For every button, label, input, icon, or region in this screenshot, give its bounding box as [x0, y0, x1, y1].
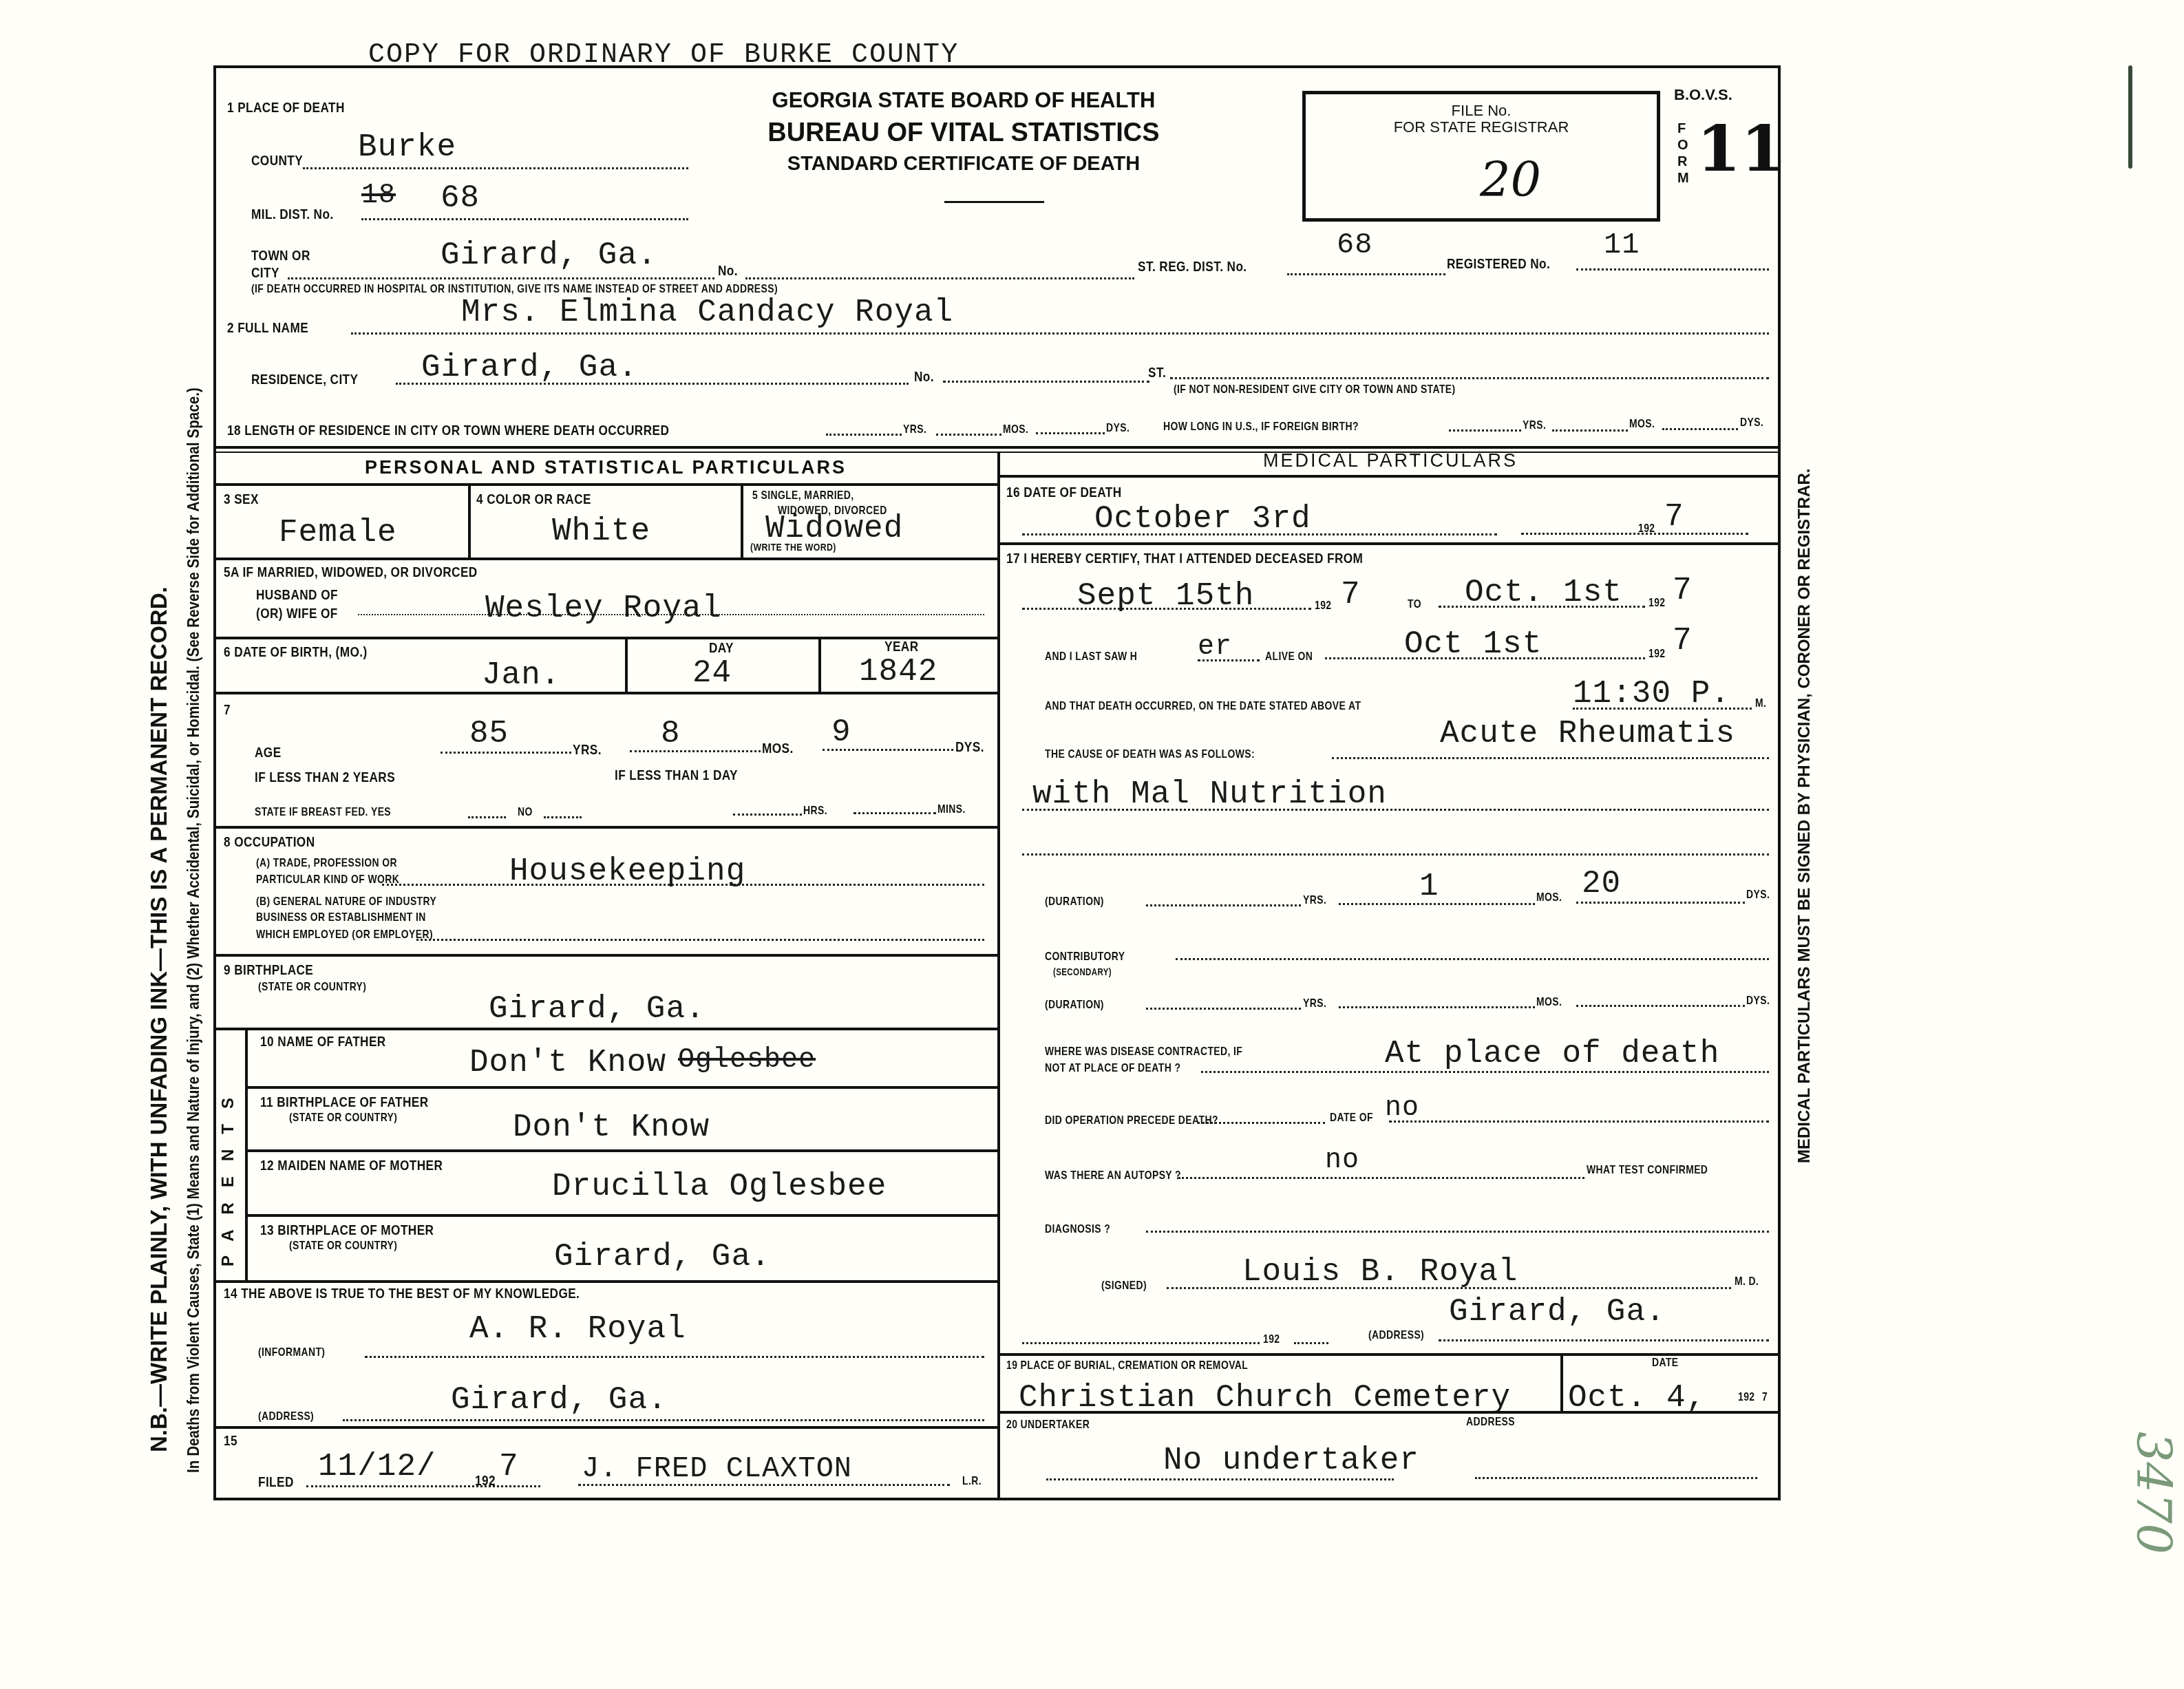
- from-192: 192: [1315, 599, 1331, 613]
- dur2-yrs-label: YRS.: [1303, 997, 1326, 1010]
- place-of-death-label: 1 PLACE OF DEATH: [227, 100, 345, 116]
- father-bp-sub: (STATE OR COUNTRY): [289, 1111, 397, 1125]
- informant-address: Girard, Ga.: [451, 1382, 668, 1418]
- duration2-label: (DURATION): [1045, 998, 1104, 1012]
- rule: [468, 483, 471, 559]
- rule: [213, 483, 998, 486]
- header-line1: GEORGIA STATE BOARD OF HEALTH: [716, 88, 1211, 113]
- birthplace-sub: (STATE OR COUNTRY): [258, 980, 366, 994]
- registered-no-value: 11: [1604, 229, 1640, 262]
- rule: [245, 1149, 998, 1152]
- occ-b3: WHICH EMPLOYED (OR EMPLOYER): [256, 928, 433, 942]
- hospital-note: (IF DEATH OCCURRED IN HOSPITAL OR INSTIT…: [251, 282, 778, 296]
- registered-no-label: REGISTERED No.: [1447, 256, 1550, 273]
- to-192: 192: [1648, 596, 1665, 610]
- sig-192: 192: [1263, 1332, 1280, 1346]
- full-name-line: [351, 332, 1769, 334]
- parents-vertical-label: PARENTS: [219, 1083, 238, 1266]
- contracted-value: At place of death: [1385, 1036, 1719, 1072]
- dob-year: 1842: [859, 654, 937, 690]
- contracted-label1: WHERE WAS DISEASE CONTRACTED, IF: [1045, 1045, 1242, 1059]
- informant-label: (INFORMANT): [258, 1346, 325, 1359]
- rule: [245, 1214, 998, 1217]
- rule: [1000, 1411, 1781, 1414]
- father-value: Don't Know: [469, 1045, 666, 1081]
- contributory-label: CONTRIBUTORY: [1045, 950, 1125, 964]
- autopsy-line: [1178, 1177, 1584, 1179]
- age-years: 85: [469, 716, 509, 752]
- st-reg-dist-value: 68: [1337, 229, 1372, 262]
- mins-line: [854, 812, 936, 814]
- informant-section-label: 14 THE ABOVE IS TRUE TO THE BEST OF MY K…: [224, 1286, 580, 1302]
- age-label: AGE: [255, 745, 282, 761]
- burial-year-digit: 7: [1762, 1390, 1768, 1404]
- st-reg-dist-line: [1287, 273, 1445, 275]
- len-dys-line: [1036, 432, 1105, 434]
- residence-no-label: No.: [914, 369, 934, 385]
- death-time-value: 11:30 P.: [1573, 676, 1730, 712]
- rule: [213, 1028, 998, 1030]
- race-value: White: [552, 513, 650, 549]
- rule: [213, 637, 998, 639]
- personal-title: PERSONAL AND STATISTICAL PARTICULARS: [213, 457, 998, 478]
- contracted-label2: NOT AT PLACE OF DEATH ?: [1045, 1061, 1180, 1075]
- father-struck: Oglesbee: [678, 1045, 816, 1076]
- rule: [213, 954, 998, 957]
- dob-label: 6 DATE OF BIRTH, (MO.): [224, 644, 368, 661]
- duration-label: (DURATION): [1045, 895, 1104, 909]
- burial-date-label: DATE: [1652, 1356, 1679, 1370]
- occ-a2: PARTICULAR KIND OF WORK: [256, 873, 399, 886]
- last-saw-line: [1198, 659, 1260, 661]
- fb-dys-label: DYS.: [1740, 416, 1763, 429]
- len-mos-label: MOS.: [1003, 423, 1028, 436]
- age-yrs-label: YRS.: [573, 742, 602, 758]
- dod-year-digit: 7: [1664, 499, 1684, 535]
- operation-label: DID OPERATION PRECEDE DEATH?: [1045, 1114, 1218, 1127]
- staple: [2128, 65, 2132, 169]
- duration-months: 1: [1419, 869, 1439, 904]
- rule: [818, 637, 821, 692]
- filed-line: [306, 1485, 540, 1487]
- fb-yrs-line: [1449, 429, 1521, 432]
- mil-dist-value: 68: [441, 180, 480, 216]
- len-yrs-label: YRS.: [903, 423, 926, 436]
- informant-address-label: (ADDRESS): [258, 1410, 314, 1423]
- dod-192: 192: [1638, 522, 1655, 535]
- birthplace-value: Girard, Ga.: [489, 991, 706, 1027]
- filed-section: 15: [224, 1433, 237, 1449]
- length-residence-label: 18 LENGTH OF RESIDENCE IN CITY OR TOWN W…: [227, 423, 669, 439]
- rule: [245, 1086, 998, 1089]
- len-yrs-line: [826, 434, 902, 436]
- residence-note: (IF NOT NON-RESIDENT GIVE CITY OR TOWN A…: [1174, 383, 1456, 396]
- mother-label: 12 MAIDEN NAME OF MOTHER: [260, 1158, 443, 1174]
- employer-line: [416, 939, 984, 941]
- informant-value: A. R. Royal: [469, 1311, 686, 1347]
- mother-bp-sub: (STATE OR COUNTRY): [289, 1239, 397, 1253]
- residence-city: Girard, Ga.: [421, 350, 638, 385]
- header-line3: STANDARD CERTIFICATE OF DEATH: [716, 153, 1211, 176]
- dur-dys-label: DYS.: [1746, 888, 1770, 902]
- from-year-digit: 7: [1341, 577, 1361, 613]
- cause-line2-value: with Mal Nutrition: [1032, 776, 1387, 812]
- rule: [625, 637, 628, 692]
- dob-year-label: YEAR: [884, 639, 918, 655]
- age-mos-label: MOS.: [762, 741, 794, 757]
- header-rule: [944, 201, 1044, 203]
- bovs-label: B.O.V.S.: [1674, 86, 1732, 104]
- registered-no-line: [1576, 268, 1769, 270]
- md-label: M. D.: [1735, 1275, 1759, 1288]
- section-divider: [213, 446, 1781, 449]
- undertaker-label: 20 UNDERTAKER: [1006, 1418, 1090, 1432]
- file-box-label1: FILE No.: [1302, 102, 1660, 120]
- len-dys-label: DYS.: [1106, 421, 1130, 435]
- dur2-dys-line: [1576, 1005, 1745, 1007]
- to-label: TO: [1408, 597, 1421, 611]
- marital-label1: 5 SINGLE, MARRIED,: [752, 489, 854, 502]
- age-dys-label: DYS.: [955, 739, 984, 756]
- father-bp-value: Don't Know: [513, 1109, 710, 1145]
- rule: [213, 826, 998, 829]
- breast-yes-line: [468, 816, 506, 818]
- spouse-label2: (OR) WIFE OF: [256, 606, 338, 622]
- dod-year-line: [1521, 533, 1748, 535]
- undertaker-address-label: ADDRESS: [1466, 1415, 1515, 1429]
- less-than-1-label: IF LESS THAN 1 DAY: [615, 767, 738, 784]
- date-of-label: DATE OF: [1330, 1111, 1373, 1125]
- last-saw-suffix: er: [1198, 632, 1232, 663]
- medical-title: MEDICAL PARTICULARS: [1000, 450, 1781, 471]
- burial-label: 19 PLACE OF BURIAL, CREMATION OR REMOVAL: [1006, 1359, 1248, 1372]
- dur2-mos-label: MOS.: [1536, 995, 1562, 1009]
- county-value: Burke: [358, 129, 456, 165]
- mother-bp-label: 13 BIRTHPLACE OF MOTHER: [260, 1222, 434, 1239]
- filed-label: FILED: [258, 1474, 294, 1491]
- filed-192: 192: [475, 1473, 496, 1489]
- mil-dist-struck: 18: [361, 180, 396, 211]
- m-label: M.: [1755, 697, 1766, 710]
- residence-st-label: ST.: [1148, 365, 1166, 381]
- filed-date: 11/12/: [318, 1449, 436, 1485]
- town-no-label: No.: [718, 263, 738, 279]
- dur-yrs-label: YRS.: [1303, 893, 1326, 907]
- margin-medical-note: MEDICAL PARTICULARS MUST BE SIGNED BY PH…: [1795, 469, 1814, 1163]
- sig-year-line: [1294, 1342, 1328, 1344]
- dur2-mos-line: [1339, 1006, 1535, 1008]
- dur2-yrs-line: [1146, 1008, 1301, 1010]
- dob-day-label: DAY: [709, 640, 734, 657]
- breast-fed-label: STATE IF BREAST FED. YES: [255, 805, 391, 819]
- dur-yrs-line: [1146, 904, 1301, 906]
- lr-label: L.R.: [962, 1474, 982, 1488]
- fb-dys-line: [1662, 428, 1738, 430]
- alive-192: 192: [1648, 647, 1665, 661]
- age-days: 9: [831, 714, 851, 750]
- undertaker-line: [1046, 1478, 1394, 1480]
- to-year-digit: 7: [1673, 573, 1693, 608]
- town-line: [288, 277, 714, 279]
- age-mos-line: [630, 750, 761, 752]
- signed-label: (SIGNED): [1101, 1279, 1147, 1293]
- father-label: 10 NAME OF FATHER: [260, 1034, 386, 1050]
- cause-label: THE CAUSE OF DEATH WAS AS FOLLOWS:: [1045, 747, 1255, 761]
- rule: [213, 557, 998, 560]
- physician-address-line: [1439, 1339, 1769, 1341]
- alive-on-label: ALIVE ON: [1265, 650, 1313, 663]
- spouse-label1: HUSBAND OF: [256, 587, 338, 604]
- full-name-label: 2 FULL NAME: [227, 320, 308, 337]
- birthplace-label: 9 BIRTHPLACE: [224, 962, 313, 979]
- hrs-label: HRS.: [803, 804, 827, 818]
- residence-no-line: [943, 381, 1149, 383]
- sig-date-line: [1022, 1342, 1260, 1344]
- alive-year-digit: 7: [1673, 623, 1693, 659]
- rule: [741, 483, 743, 559]
- rule: [1560, 1353, 1563, 1411]
- autopsy-value: no: [1325, 1145, 1359, 1176]
- form-word: FORM: [1677, 120, 1690, 187]
- margin-instruction-small: In Deaths from Violent Causes, State (1)…: [184, 387, 203, 1473]
- physician-name: Louis B. Royal: [1242, 1254, 1518, 1290]
- town-no-line: [745, 277, 1134, 279]
- file-number: 20: [1480, 151, 1541, 208]
- county-label: COUNTY: [251, 153, 303, 169]
- town-value: Girard, Ga.: [441, 237, 657, 273]
- dod-value: October 3rd: [1094, 501, 1311, 537]
- dob-day: 24: [692, 655, 732, 691]
- contributory-line: [1176, 958, 1769, 960]
- foreign-birth-label: HOW LONG IN U.S., IF FOREIGN BIRTH?: [1163, 420, 1359, 434]
- certify-label: 17 I HEREBY CERTIFY, THAT I ATTENDED DEC…: [1006, 551, 1363, 567]
- mother-bp-value: Girard, Ga.: [554, 1239, 771, 1275]
- filed-year-digit: 7: [499, 1449, 519, 1485]
- hrs-line: [733, 814, 802, 816]
- rule: [213, 692, 998, 694]
- margin-instruction-large: N.B.—WRITE PLAINLY, WITH UNFADING INK—TH…: [146, 282, 172, 1452]
- mother-value: Drucilla Oglesbee: [552, 1169, 887, 1204]
- rule: [1000, 475, 1781, 478]
- mins-label: MINS.: [937, 803, 966, 816]
- fb-mos-label: MOS.: [1629, 417, 1655, 431]
- file-box-label2: FOR STATE REGISTRAR: [1302, 118, 1660, 136]
- form-number: 11: [1697, 117, 1785, 180]
- dur-mos-label: MOS.: [1536, 891, 1562, 904]
- age-section: 7: [224, 702, 231, 719]
- age-months: 8: [661, 716, 681, 752]
- physician-address-label: (ADDRESS): [1368, 1328, 1424, 1342]
- header-line2: BUREAU OF VITAL STATISTICS: [695, 118, 1232, 148]
- rule: [213, 1426, 998, 1429]
- len-mos-line: [936, 434, 1001, 436]
- town-label1: TOWN OR: [251, 248, 310, 264]
- full-name-value: Mrs. Elmina Candacy Royal: [461, 295, 953, 330]
- less-than-2-label: IF LESS THAN 2 YEARS: [255, 769, 395, 786]
- burial-192: 192: [1738, 1390, 1754, 1404]
- race-label: 4 COLOR OR RACE: [476, 491, 591, 508]
- breast-no-label: NO: [518, 805, 533, 819]
- dob-month: Jan.: [482, 657, 560, 693]
- informant-line: [365, 1356, 984, 1358]
- dod-label: 16 DATE OF DEATH: [1006, 485, 1122, 501]
- diagnosis-label: DIAGNOSIS ?: [1045, 1222, 1110, 1236]
- sex-label: 3 SEX: [224, 491, 259, 508]
- attended-from: Sept 15th: [1077, 578, 1254, 614]
- father-bp-label: 11 BIRTHPLACE OF FATHER: [260, 1094, 428, 1111]
- rule: [245, 1028, 248, 1282]
- rule: [213, 1280, 998, 1283]
- spouse-section-label: 5A IF MARRIED, WIDOWED, OR DIVORCED: [224, 564, 478, 581]
- breast-no-line: [544, 816, 582, 818]
- undertaker-address-line: [1475, 1477, 1757, 1479]
- undertaker-value: No undertaker: [1163, 1443, 1419, 1478]
- dur-dys-line: [1576, 902, 1745, 904]
- date-of-line: [1389, 1120, 1769, 1123]
- st-reg-dist-label: ST. REG. DIST. No.: [1138, 259, 1247, 275]
- attended-to: Oct. 1st: [1465, 575, 1622, 610]
- last-alive: Oct 1st: [1404, 626, 1542, 662]
- dur2-dys-label: DYS.: [1746, 994, 1770, 1008]
- autopsy-label: WAS THERE AN AUTOPSY ?: [1045, 1169, 1181, 1182]
- contributory-sub: (SECONDARY): [1053, 966, 1112, 977]
- cause-line3: [1022, 853, 1769, 856]
- mil-dist-label: MIL. DIST. No.: [251, 206, 334, 223]
- town-label2: CITY: [251, 265, 279, 281]
- diagnosis-line: [1146, 1231, 1769, 1233]
- marital-label3: (WRITE THE WORD): [750, 542, 836, 553]
- registrar-name: J. FRED CLAXTON: [582, 1452, 852, 1485]
- handwritten-note: 3470: [2125, 1432, 2182, 1554]
- cause-line1: [1332, 757, 1769, 759]
- mil-dist-line: [361, 218, 688, 220]
- spouse-value: Wesley Royal: [485, 591, 721, 626]
- sex-value: Female: [279, 515, 397, 551]
- occ-b2: BUSINESS OR ESTABLISHMENT IN: [256, 911, 426, 924]
- rule: [1000, 542, 1781, 545]
- occ-b1: (B) GENERAL NATURE OF INDUSTRY: [256, 895, 436, 909]
- occ-a1: (A) TRADE, PROFESSION OR: [256, 856, 397, 870]
- duration-days: 20: [1582, 866, 1621, 902]
- residence-st-line: [1170, 377, 1769, 379]
- county-line: [303, 167, 688, 169]
- column-divider: [997, 452, 1000, 1500]
- cause-line1-value: Acute Rheumatis: [1440, 716, 1735, 752]
- fb-yrs-label: YRS.: [1523, 418, 1546, 432]
- informant-address-line: [343, 1419, 984, 1421]
- operation-line: [1198, 1122, 1325, 1124]
- occupation-value: Housekeeping: [509, 853, 745, 889]
- age-yrs-line: [441, 752, 571, 754]
- death-time-label: AND THAT DEATH OCCURRED, ON THE DATE STA…: [1045, 699, 1361, 713]
- operation-value: no: [1385, 1093, 1419, 1124]
- last-saw-label: AND I LAST SAW H: [1045, 650, 1137, 663]
- residence-label: RESIDENCE, CITY: [251, 372, 358, 388]
- fb-mos-line: [1552, 429, 1628, 432]
- test-label: WHAT TEST CONFIRMED: [1587, 1163, 1708, 1177]
- occupation-label: 8 OCCUPATION: [224, 834, 315, 851]
- physician-address: Girard, Ga.: [1449, 1294, 1666, 1330]
